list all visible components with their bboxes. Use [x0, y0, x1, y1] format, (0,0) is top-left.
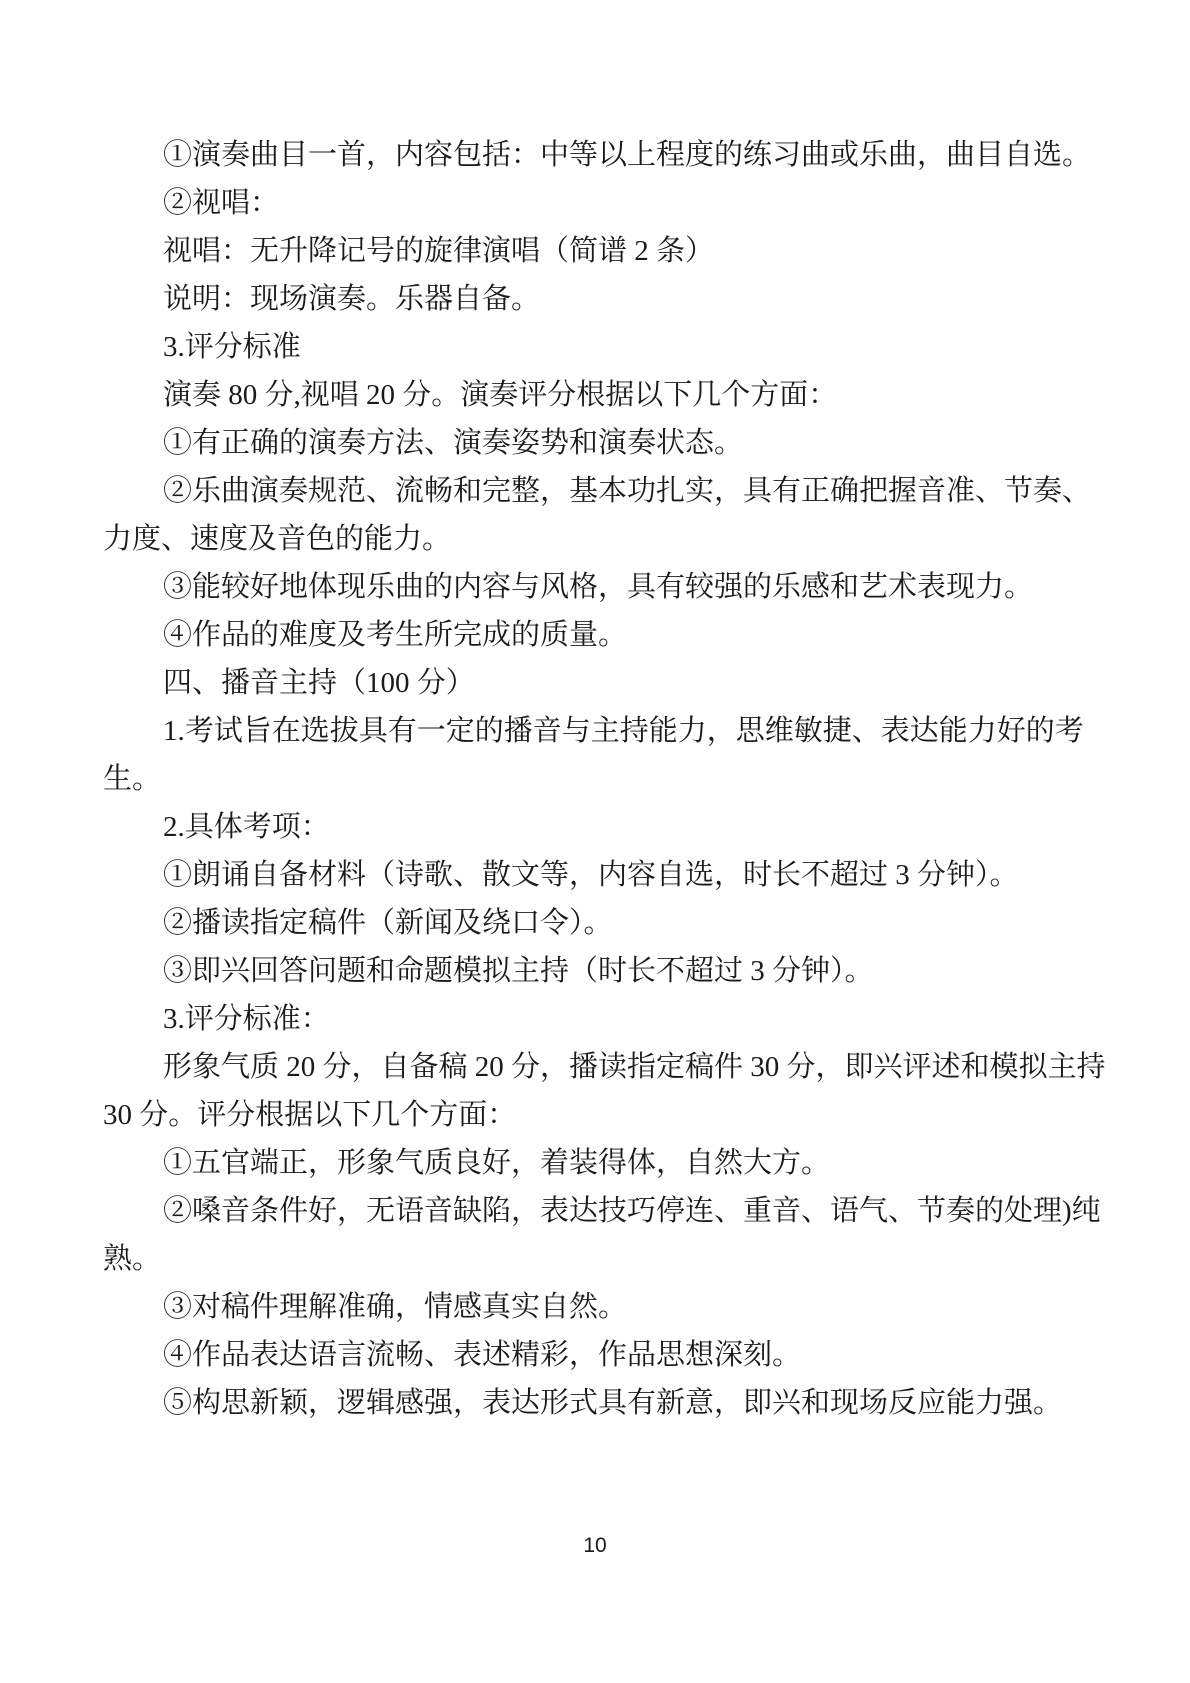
text-line: ①演奏曲目一首，内容包括：中等以上程度的练习曲或乐曲，曲目自选。	[103, 131, 1088, 179]
text-line: ②乐曲演奏规范、流畅和完整，基本功扎实，具有正确把握音准、节奏、	[103, 467, 1088, 515]
text-line: 3.评分标准：	[103, 995, 1088, 1043]
text-line: 力度、速度及音色的能力。	[103, 515, 1088, 563]
text-line: 视唱：无升降记号的旋律演唱（简谱 2 条）	[103, 227, 1088, 275]
text-line: 3.评分标准	[103, 323, 1088, 371]
text-line: ①朗诵自备材料（诗歌、散文等，内容自选，时长不超过 3 分钟）。	[103, 851, 1088, 899]
text-line: ④作品表达语言流畅、表述精彩，作品思想深刻。	[103, 1331, 1088, 1379]
text-line: 生。	[103, 755, 1088, 803]
text-line: ⑤构思新颖，逻辑感强，表达形式具有新意，即兴和现场反应能力强。	[103, 1379, 1088, 1427]
text-line: 说明：现场演奏。乐器自备。	[103, 275, 1088, 323]
text-line: ②嗓音条件好，无语音缺陷，表达技巧停连、重音、语气、节奏的处理)纯	[103, 1187, 1088, 1235]
text-line: ③对稿件理解准确，情感真实自然。	[103, 1283, 1088, 1331]
page-footer: 10	[0, 1534, 1190, 1558]
text-line: 2.具体考项：	[103, 803, 1088, 851]
text-line: ①五官端正，形象气质良好，着装得体，自然大方。	[103, 1139, 1088, 1187]
text-line: 形象气质 20 分，自备稿 20 分，播读指定稿件 30 分，即兴评述和模拟主持	[103, 1043, 1088, 1091]
document-body-text: ①演奏曲目一首，内容包括：中等以上程度的练习曲或乐曲，曲目自选。 ②视唱： 视唱…	[103, 131, 1088, 1427]
text-line: ②视唱：	[103, 179, 1088, 227]
text-line: 1.考试旨在选拔具有一定的播音与主持能力，思维敏捷、表达能力好的考	[103, 707, 1088, 755]
text-line: ③即兴回答问题和命题模拟主持（时长不超过 3 分钟）。	[103, 947, 1088, 995]
page-number: 10	[583, 1534, 606, 1557]
text-line: 30 分。评分根据以下几个方面：	[103, 1091, 1088, 1139]
text-line: ①有正确的演奏方法、演奏姿势和演奏状态。	[103, 419, 1088, 467]
text-line: ④作品的难度及考生所完成的质量。	[103, 611, 1088, 659]
text-line: 四、播音主持（100 分）	[103, 659, 1088, 707]
text-line: ②播读指定稿件（新闻及绕口令）。	[103, 899, 1088, 947]
document-page: ①演奏曲目一首，内容包括：中等以上程度的练习曲或乐曲，曲目自选。 ②视唱： 视唱…	[0, 0, 1190, 1683]
text-line: ③能较好地体现乐曲的内容与风格，具有较强的乐感和艺术表现力。	[103, 563, 1088, 611]
text-line: 熟。	[103, 1235, 1088, 1283]
text-line: 演奏 80 分,视唱 20 分。演奏评分根据以下几个方面：	[103, 371, 1088, 419]
